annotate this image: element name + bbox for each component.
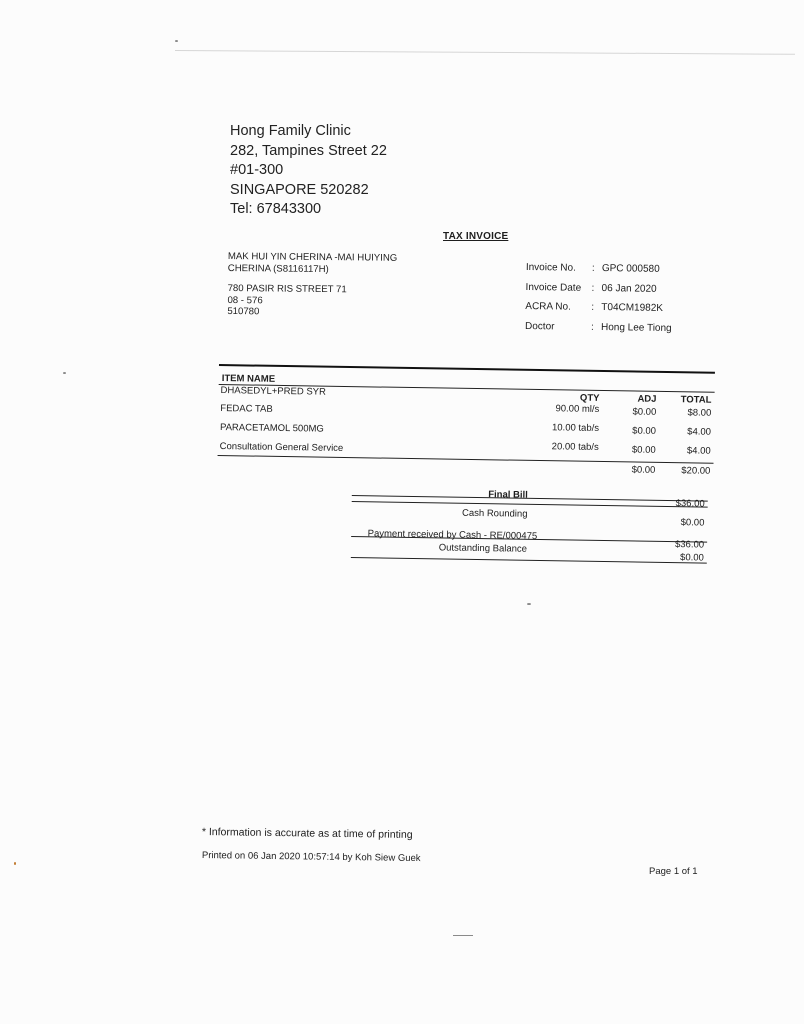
scan-speck (453, 935, 473, 936)
items-table: ITEM NAME QTY ADJ TOTAL DHASEDYL+PRED SY… (218, 364, 715, 464)
item-qty: 10.00 tab/s (552, 422, 599, 434)
scan-speck (14, 862, 16, 865)
meta-row-invoice-date: Invoice Date : 06 Jan 2020 (525, 277, 672, 299)
item-qty: 20.00 tab/s (552, 441, 599, 453)
item-adj: $0.00 (632, 444, 656, 455)
scan-speck (527, 603, 531, 605)
scan-edge-line (175, 50, 795, 55)
summary-row-outstanding: Outstanding Balance $0.00 (351, 537, 707, 565)
patient-postal: 510780 (227, 306, 396, 319)
summary-label: Outstanding Balance (439, 542, 527, 554)
footer-printed-on: Printed on 06 Jan 2020 10:57:14 by Koh S… (202, 850, 421, 864)
meta-sep: : (591, 322, 601, 333)
item-qty: 90.00 ml/s (555, 403, 599, 415)
clinic-address: 282, Tampines Street 22 (230, 142, 387, 162)
meta-row-acra-no: ACRA No. : T04CM1982K (525, 297, 672, 319)
meta-value: GPC 000580 (602, 263, 660, 275)
meta-row-invoice-no: Invoice No. : GPC 000580 (526, 258, 673, 280)
meta-row-doctor: Doctor : Hong Lee Tiong (525, 316, 672, 338)
summary-value: $0.00 (680, 552, 704, 563)
patient-block: MAK HUI YIN CHERINA -MAI HUIYING CHERINA… (227, 251, 397, 319)
item-name: DHASEDYL+PRED SYR (220, 385, 325, 398)
meta-label: Invoice No. (526, 262, 592, 274)
invoice-meta: Invoice No. : GPC 000580 Invoice Date : … (525, 258, 673, 338)
scan-speck (175, 40, 178, 42)
meta-label: Invoice Date (526, 282, 592, 294)
item-total: $8.00 (687, 407, 711, 418)
scan-speck (63, 372, 66, 374)
summary-value: $0.00 (681, 517, 705, 528)
clinic-header: Hong Family Clinic 282, Tampines Street … (230, 122, 387, 220)
summary-label: Final Bill (488, 489, 528, 501)
meta-value: T04CM1982K (601, 302, 663, 314)
patient-name-line2: CHERINA (S8116117H) (228, 262, 397, 275)
page-number: Page 1 of 1 (649, 866, 698, 877)
item-name: Consultation General Service (220, 441, 344, 454)
clinic-unit: #01-300 (230, 161, 387, 181)
item-name: FEDAC TAB (220, 403, 273, 415)
meta-value: Hong Lee Tiong (601, 322, 672, 334)
footer-note: * Information is accurate as at time of … (202, 826, 413, 841)
bill-summary: Final Bill $36.00 Cash Rounding $0.00 Pa… (351, 483, 708, 564)
meta-label: Doctor (525, 321, 591, 333)
clinic-tel: Tel: 67843300 (230, 200, 387, 220)
clinic-name: Hong Family Clinic (230, 122, 387, 142)
item-total: $4.00 (687, 445, 711, 456)
item-adj: $0.00 (632, 407, 656, 418)
item-total: $20.00 (681, 465, 710, 476)
item-adj: $0.00 (632, 425, 656, 436)
item-name: PARACETAMOL 500MG (220, 422, 324, 435)
meta-sep: : (592, 283, 602, 294)
summary-label: Cash Rounding (462, 508, 528, 520)
meta-label: ACRA No. (525, 301, 591, 313)
clinic-city-postal: SINGAPORE 520282 (230, 181, 387, 201)
meta-sep: : (591, 302, 601, 313)
item-total: $4.00 (687, 426, 711, 437)
item-adj: $0.00 (632, 464, 656, 475)
document-title: TAX INVOICE (443, 231, 508, 242)
table-rows: DHASEDYL+PRED SYR FEDAC TAB PARACETAMOL … (217, 382, 714, 474)
meta-sep: : (592, 263, 602, 274)
meta-value: 06 Jan 2020 (602, 283, 657, 295)
